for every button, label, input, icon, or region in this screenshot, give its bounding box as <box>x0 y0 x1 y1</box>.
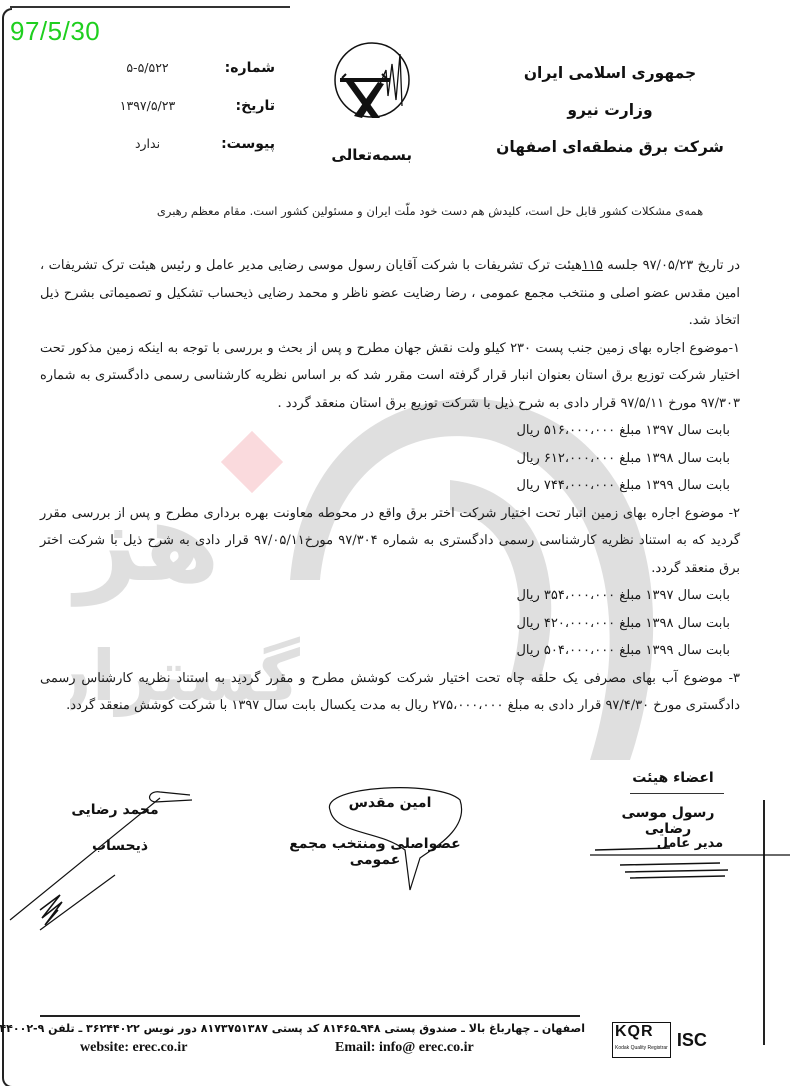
header-country: جمهوری اسلامی ایران <box>495 55 725 92</box>
meta-attachment-value: ندارد <box>90 136 205 151</box>
kqr-cert-logo-icon: KQRKodak Quality Registrar <box>612 1022 671 1058</box>
meta-number-value: ۵-۵/۵۲۲ <box>90 60 205 75</box>
meta-number-label: شماره: <box>213 60 275 76</box>
session-number: ۱۱۵ <box>582 258 603 273</box>
intro-paragraph: در تاریخ ۹۷/۰۵/۲۳ جلسه ۱۱۵هیئت ترک تشریف… <box>40 252 740 335</box>
item-2-amount-1397: بابت سال ۱۳۹۷ مبلغ ۳۵۴،۰۰۰،۰۰۰ ریال <box>40 582 740 610</box>
handwritten-signatures-icon <box>0 780 796 940</box>
kqr-text: KQR <box>615 1023 654 1040</box>
meta-date-value: ۱۳۹۷/۵/۲۳ <box>90 98 205 113</box>
footer-address: اصفهان ـ چهارباغ بالا ـ صندوق پستی ۹۴۸ـ۸… <box>40 1022 585 1035</box>
received-date-stamp: 97/5/30 <box>10 16 100 47</box>
footer-website-link[interactable]: website: erec.co.ir <box>80 1040 187 1056</box>
item-2-paragraph: ۲- موضوع اجاره بهای زمین انبار تحت اختیا… <box>40 500 740 583</box>
item-1-amount-1399: بابت سال ۱۳۹۹ مبلغ ۷۴۴،۰۰۰،۰۰۰ ریال <box>40 472 740 500</box>
intro-text-a: در تاریخ ۹۷/۰۵/۲۳ جلسه <box>603 258 740 273</box>
page-border-top <box>10 6 290 8</box>
item-1-paragraph: ۱-موضوع اجاره بهای زمین جنب پست ۲۳۰ کیلو… <box>40 335 740 418</box>
meta-attachment-label: پیوست: <box>213 136 275 152</box>
item-3-paragraph: ۳- موضوع آب بهای مصرفی یک حلقه چاه تحت ا… <box>40 665 740 720</box>
meta-number-row: شماره: ۵-۵/۵۲۲ <box>90 60 275 98</box>
meta-date-row: تاریخ: ۱۳۹۷/۵/۲۳ <box>90 98 275 136</box>
item-1-amount-1397: بابت سال ۱۳۹۷ مبلغ ۵۱۶،۰۰۰،۰۰۰ ریال <box>40 417 740 445</box>
item-2-amount-1398: بابت سال ۱۳۹۸ مبلغ ۴۲۰،۰۰۰،۰۰۰ ریال <box>40 610 740 638</box>
isc-text: ISC <box>677 1030 707 1050</box>
item-1-amount-1398: بابت سال ۱۳۹۸ مبلغ ۶۱۲،۰۰۰،۰۰۰ ریال <box>40 445 740 473</box>
letter-meta: شماره: ۵-۵/۵۲۲ تاریخ: ۱۳۹۷/۵/۲۳ پیوست: ن… <box>90 60 275 174</box>
footer-email-link[interactable]: Email: info@ erec.co.ir <box>335 1040 474 1056</box>
footer-divider <box>40 1015 580 1017</box>
leader-quote: همه‌ی مشکلات کشور قابل حل است، کلیدش هم … <box>140 204 720 218</box>
item-2-amount-1399: بابت سال ۱۳۹۹ مبلغ ۵۰۴،۰۰۰،۰۰۰ ریال <box>40 637 740 665</box>
isc-cert-logo-icon: ISC <box>677 1030 729 1051</box>
organization-header: جمهوری اسلامی ایران وزارت نیرو شرکت برق … <box>495 55 725 166</box>
minutes-body: در تاریخ ۹۷/۰۵/۲۳ جلسه ۱۱۵هیئت ترک تشریف… <box>40 252 740 720</box>
power-tower-logo-icon <box>332 40 412 120</box>
meta-attachment-row: پیوست: ندارد <box>90 136 275 174</box>
header-company: شرکت برق منطقه‌ای اصفهان <box>495 129 725 166</box>
meta-date-label: تاریخ: <box>213 98 275 114</box>
certification-logos: KQRKodak Quality Registrar ISC <box>612 1022 729 1058</box>
kqr-subtext: Kodak Quality Registrar <box>615 1040 668 1056</box>
header-ministry: وزارت نیرو <box>495 92 725 129</box>
bismillah-caption: بسمه‌تعالی <box>332 146 412 164</box>
